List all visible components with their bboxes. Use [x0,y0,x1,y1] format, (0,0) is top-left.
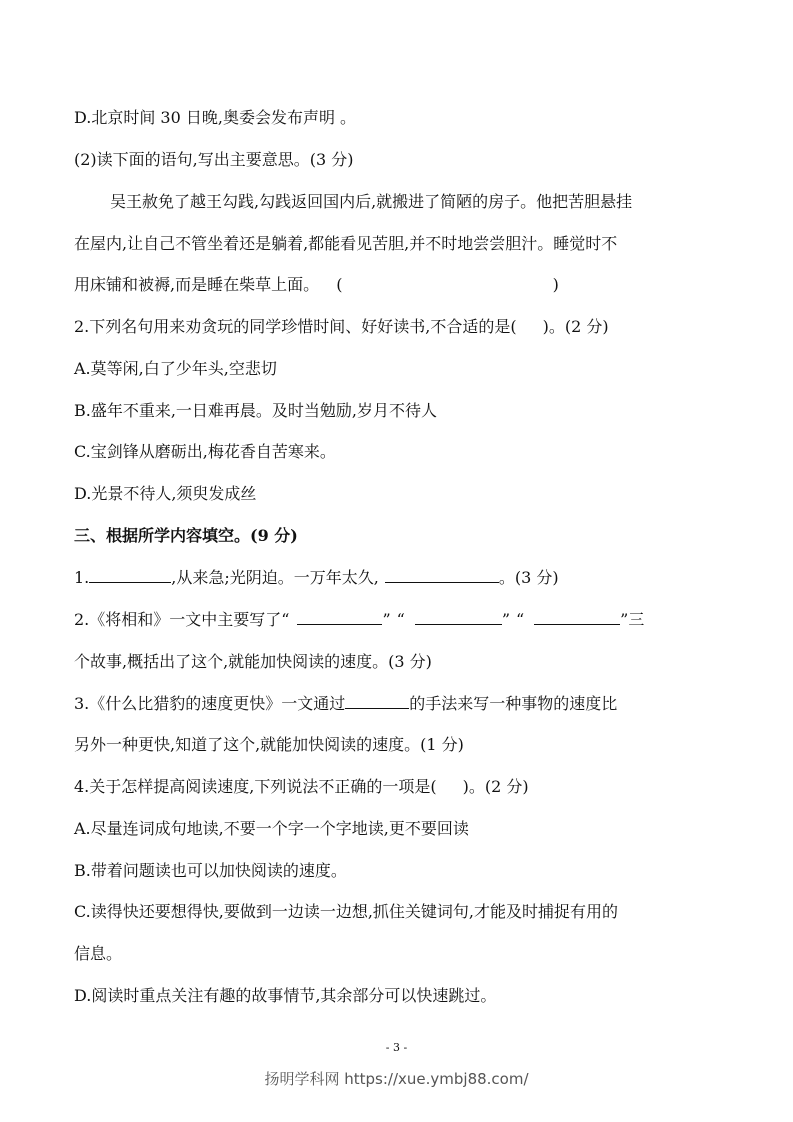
fill-item-2: 2.《将相和》一文中主要写了“”“”“”三 [74,610,644,630]
section-heading: 三、根据所学内容填空。(9 分) [74,526,298,546]
option-c-continued: 信息。 [74,944,122,964]
option-d-statement: D.北京时间 30 日晚,奥委会发布声明 。 [74,108,356,128]
fill-item-1: 1.,从来急;光阴迫。一万年太久,。(3 分) [74,568,559,588]
question-2-prompt: 2.下列名句用来劝贪玩的同学珍惜时间、好好读书,不合适的是()。(2 分) [74,317,609,337]
fill-item-3: 3.《什么比猎豹的速度更快》一文通过的手法来写一种事物的速度比 [74,694,617,714]
fill-blank[interactable] [534,610,620,625]
option-d: D.阅读时重点关注有趣的故事情节,其余部分可以快速跳过。 [74,986,496,1006]
fill-blank[interactable] [345,694,409,709]
fill-item-3-line2: 另外一种更快,知道了这个,就能加快阅读的速度。(1 分) [74,735,464,755]
option-c: C.读得快还要想得快,要做到一边读一边想,抓住关键词句,才能及时捕捉有用的 [74,902,618,922]
footer-watermark: 扬明学科网 https://xue.ymbj88.com/ [0,1068,793,1089]
fill-blank[interactable] [415,610,502,625]
option-c: C.宝剑锋从磨砺出,梅花香自苦寒来。 [74,442,336,462]
fill-item-2-line2: 个故事,概括出了这个,就能加快阅读的速度。(3 分) [74,652,432,672]
question-prompt: (2)读下面的语句,写出主要意思。(3 分) [74,150,354,170]
question-4-prompt: 4.关于怎样提高阅读速度,下列说法不正确的一项是()。(2 分) [74,777,529,797]
page-number: - 3 - [0,1041,793,1054]
option-d: D.光景不待人,须臾发成丝 [74,484,256,504]
option-b: B.盛年不重来,一日难再晨。及时当勉励,岁月不待人 [74,401,437,421]
passage-line: 吴王赦免了越王勾践,勾践返回国内后,就搬进了简陋的房子。他把苦胆悬挂 [110,192,632,212]
passage-line-with-answer: 用床铺和被褥,而是睡在柴草上面。 ( ) [74,275,559,295]
option-a: A.尽量连词成句地读,不要一个字一个字地读,更不要回读 [74,819,469,839]
fill-blank[interactable] [297,610,382,625]
fill-blank[interactable] [385,568,499,583]
option-b: B.带着问题读也可以加快阅读的速度。 [74,861,347,881]
option-a: A.莫等闲,白了少年头,空悲切 [74,359,277,379]
answer-open-paren: ( [336,275,342,294]
fill-blank[interactable] [89,568,171,583]
answer-close-paren: ) [553,275,559,294]
passage-line: 在屋内,让自己不管坐着还是躺着,都能看见苦胆,并不时地尝尝胆汁。睡觉时不 [74,234,617,254]
passage-text: 用床铺和被褥,而是睡在柴草上面。 [74,275,319,294]
